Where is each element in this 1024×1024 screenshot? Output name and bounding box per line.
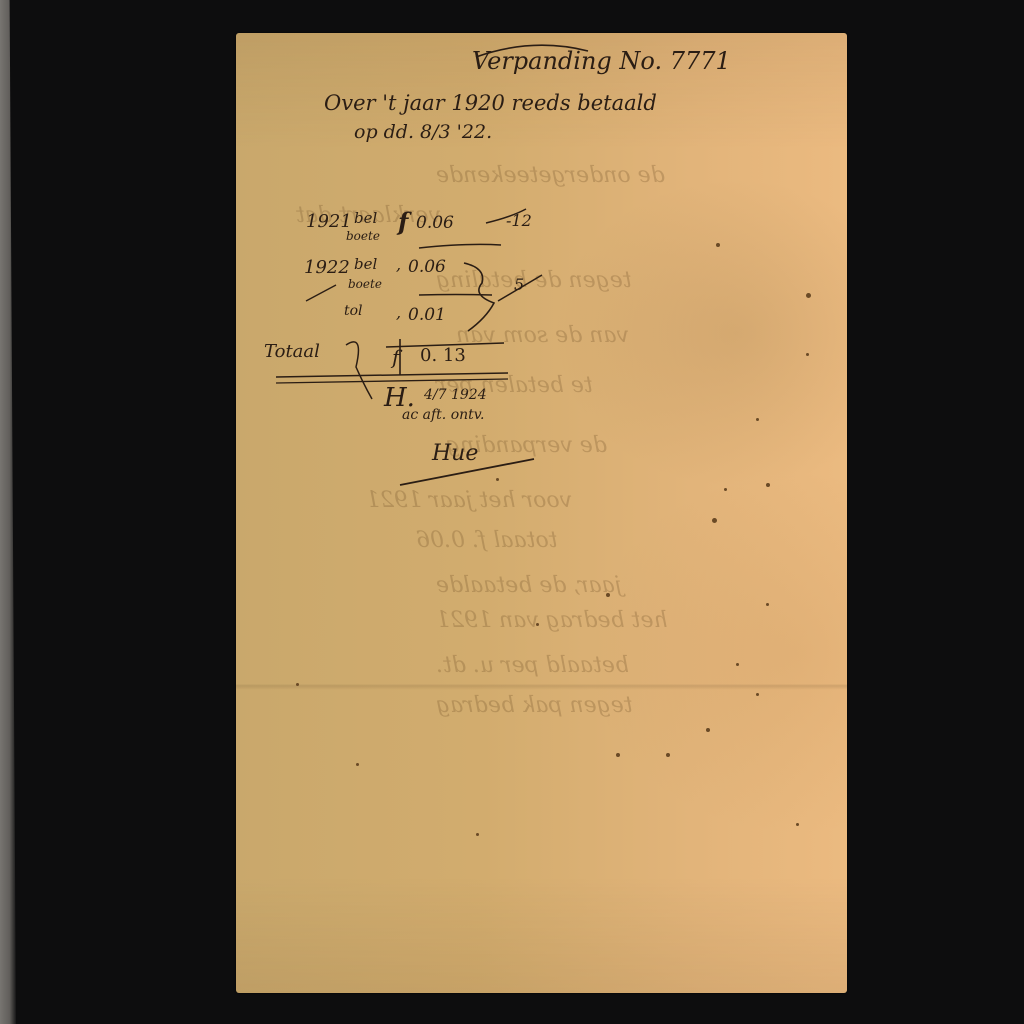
bleed-through-line: het bedrag van 1921 (436, 608, 668, 633)
bleed-through-line: tegen pak bedrag (436, 693, 633, 718)
total-label: Totaal (264, 341, 320, 362)
ledger-strokes (236, 33, 847, 513)
total-currency: f (392, 345, 399, 369)
bleed-through-line: jaar, de betaalde (436, 573, 622, 598)
receipt-signature: Hue (432, 441, 478, 466)
scanner-edge-strip (0, 0, 16, 1024)
total-amount: 0. 13 (420, 345, 466, 366)
receipt-note: ac aft. ontv. (402, 407, 484, 423)
bleed-through-line: betaald per u. dt. (436, 653, 629, 678)
bleed-through-line: totaal f. 0.06 (416, 528, 558, 553)
receipt-date: 4/7 1924 (424, 387, 487, 403)
document-page: de ondergeteekende verklaart dat tegen d… (236, 33, 847, 993)
